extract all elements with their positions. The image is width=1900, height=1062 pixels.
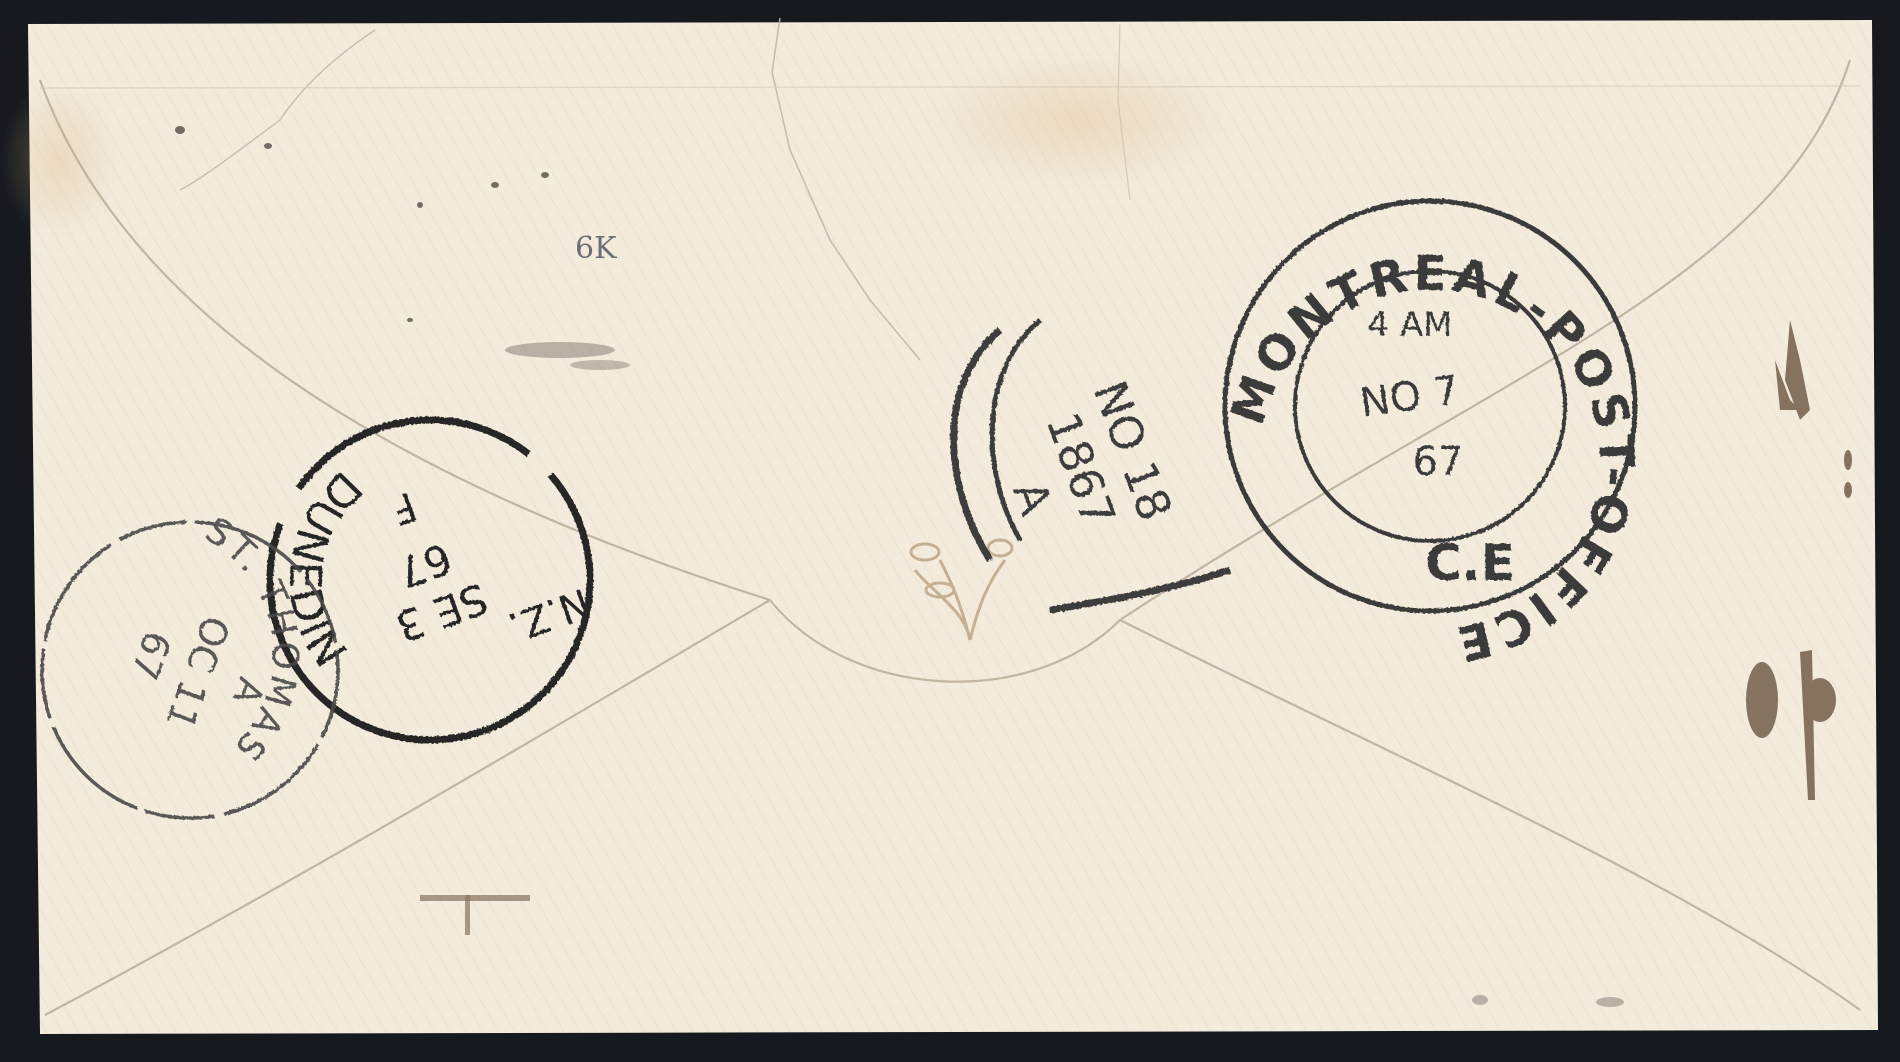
- envelope-photo: 6K MONTREAL-POST-OFFICE C.E 4 AM NO 7 67…: [0, 0, 1900, 1062]
- postmark-montreal-year: 67: [1413, 439, 1464, 485]
- postmark-montreal-bottom: C.E: [1425, 534, 1515, 592]
- postmark-montreal-time: 4 AM: [1367, 305, 1452, 345]
- pencil-annotation: 6K: [575, 231, 617, 266]
